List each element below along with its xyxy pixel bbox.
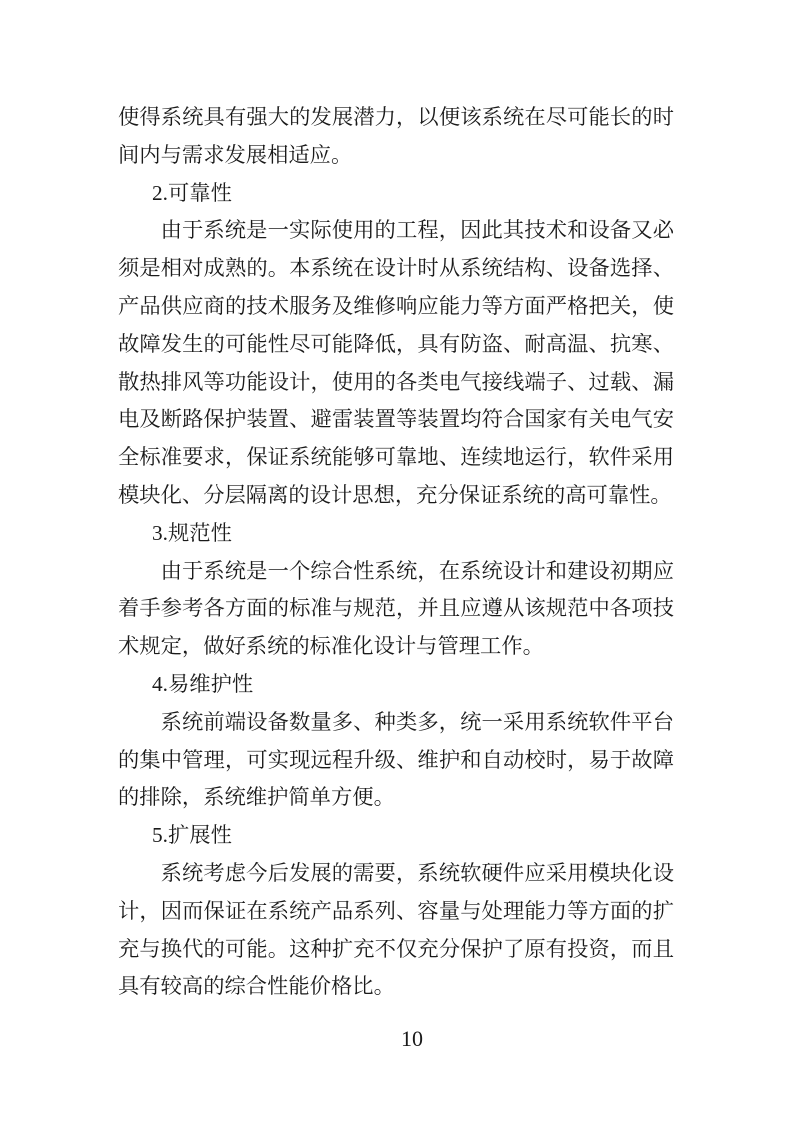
- document-body: 使得系统具有强大的发展潜力，以便该系统在尽可能长的时间内与需求发展相适应。 2.…: [118, 99, 674, 1006]
- paragraph-reliability: 由于系统是一实际使用的工程，因此其技术和设备又必须是相对成熟的。本系统在设计时从…: [118, 212, 674, 514]
- paragraph-flexibility-continuation: 使得系统具有强大的发展潜力，以便该系统在尽可能长的时间内与需求发展相适应。: [118, 99, 674, 175]
- page-footer: 10: [372, 1027, 452, 1051]
- paragraph-standardization: 由于系统是一个综合性系统，在系统设计和建设初期应着手参考各方面的标准与规范，并且…: [118, 553, 674, 666]
- page-number: 10: [401, 1026, 423, 1051]
- paragraph-maintainability: 系统前端设备数量多、种类多，统一采用系统软件平台的集中管理，可实现远程升级、维护…: [118, 704, 674, 817]
- section-heading-scalability: 5.扩展性: [118, 817, 674, 855]
- section-heading-standardization: 3.规范性: [118, 515, 674, 553]
- paragraph-scalability: 系统考虑今后发展的需要，系统软硬件应采用模块化设计，因而保证在系统产品系列、容量…: [118, 855, 674, 1006]
- document-page: 使得系统具有强大的发展潜力，以便该系统在尽可能长的时间内与需求发展相适应。 2.…: [0, 0, 793, 1122]
- section-heading-reliability: 2.可靠性: [118, 175, 674, 213]
- section-heading-maintainability: 4.易维护性: [118, 666, 674, 704]
